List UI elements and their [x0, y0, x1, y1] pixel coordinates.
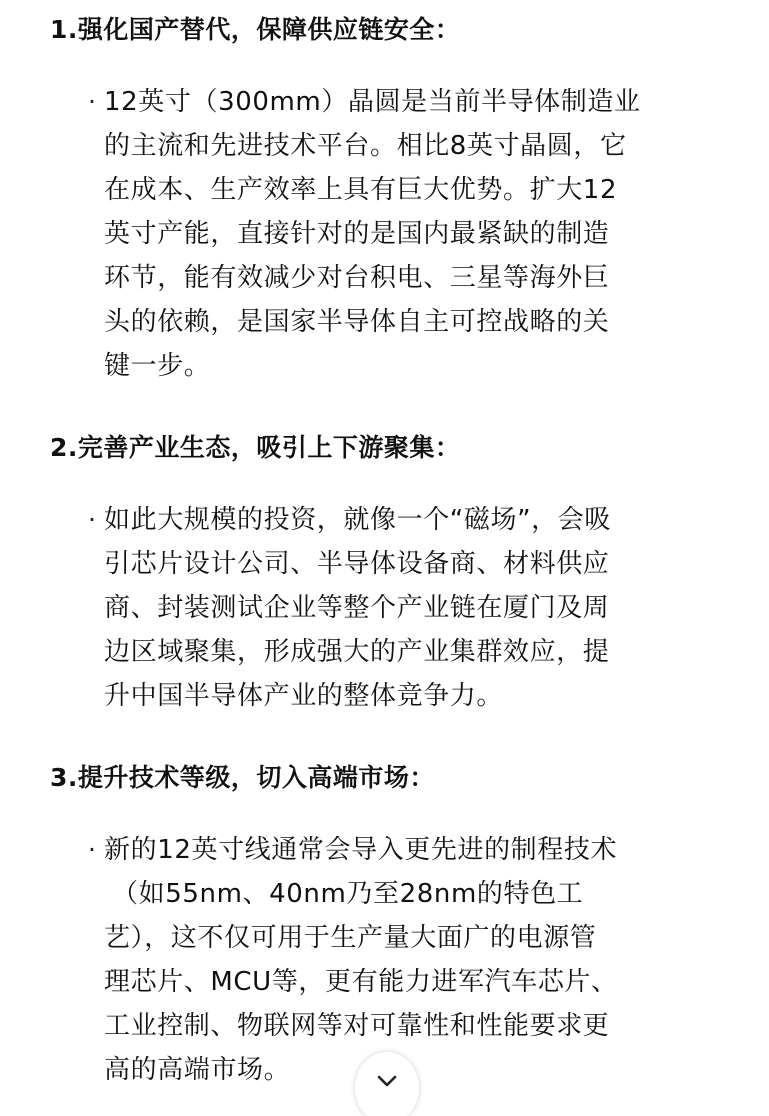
section-heading-1: 1.强化国产替代，保障供应链安全： — [50, 14, 460, 46]
section-heading-2: 2.完善产业生态，吸引上下游聚集： — [50, 432, 460, 464]
text-line: （如55nm、40nm乃至28nm的特色工 — [104, 872, 618, 916]
text-line: 12英寸（300mm）晶圆是当前半导体制造业 — [104, 80, 641, 124]
text-line: 头的依赖，是国家半导体自主可控战略的关 — [104, 300, 641, 344]
bullet-text: 如此大规模的投资，就像一个“磁场”，会吸 引芯片设计公司、半导体设备商、材料供应… — [104, 498, 611, 718]
text-line: 边区域聚集，形成强大的产业集群效应，提 — [104, 630, 611, 674]
bullet-text: 12英寸（300mm）晶圆是当前半导体制造业 的主流和先进技术平台。相比8英寸晶… — [104, 80, 641, 388]
text-line: 工业控制、物联网等对可靠性和性能要求更 — [104, 1004, 618, 1048]
text-line: 英寸产能，直接针对的是国内最紧缺的制造 — [104, 212, 641, 256]
text-line: 环节，能有效减少对台积电、三星等海外巨 — [104, 256, 641, 300]
text-line: 如此大规模的投资，就像一个“磁场”，会吸 — [104, 498, 611, 542]
bullet-dot: · — [80, 80, 104, 124]
chevron-down-icon — [376, 1074, 398, 1088]
section-heading-3: 3.提升技术等级，切入高端市场： — [50, 762, 435, 794]
text-line: 键一步。 — [104, 344, 641, 388]
bullet-dot: · — [80, 498, 104, 542]
text-line: 艺），这不仅可用于生产量大面广的电源管 — [104, 916, 618, 960]
text-line: 在成本、生产效率上具有巨大优势。扩大12 — [104, 168, 641, 212]
scroll-to-bottom-button[interactable] — [355, 1052, 419, 1116]
text-line: 新的12英寸线通常会导入更先进的制程技术 — [104, 828, 618, 872]
text-line: 升中国半导体产业的整体竞争力。 — [104, 674, 611, 718]
text-line: 引芯片设计公司、半导体设备商、材料供应 — [104, 542, 611, 586]
text-line: 商、封装测试企业等整个产业链在厦门及周 — [104, 586, 611, 630]
bullet-dot: · — [80, 828, 104, 872]
bullet-text: 新的12英寸线通常会导入更先进的制程技术 （如55nm、40nm乃至28nm的特… — [104, 828, 618, 1092]
text-line: 理芯片、MCU等，更有能力进军汽车芯片、 — [104, 960, 618, 1004]
text-line: 的主流和先进技术平台。相比8英寸晶圆，它 — [104, 124, 641, 168]
